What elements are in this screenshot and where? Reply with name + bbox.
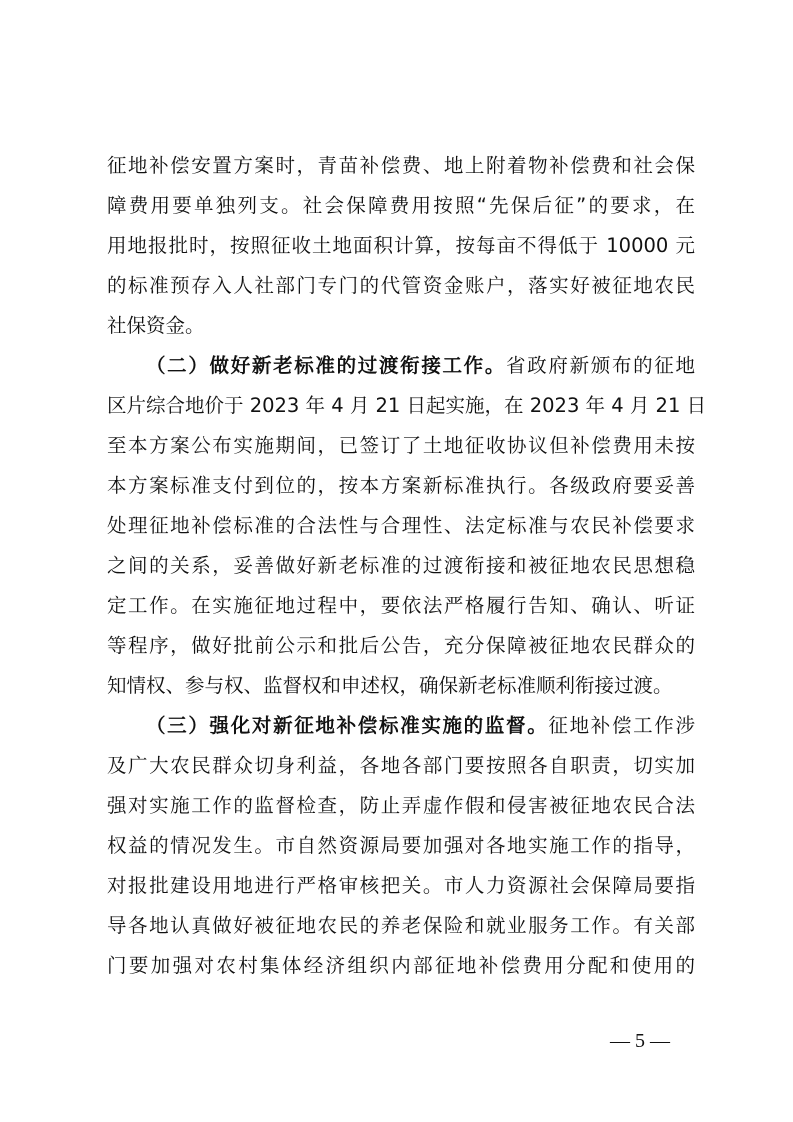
text-line: 导各地认真做好被征地农民的养老保险和就业服务工作。有关部 xyxy=(107,906,695,946)
text-line: 对报批建设用地进行严格审核把关。市人力资源社会保障局要指 xyxy=(107,866,695,906)
text-span: 省政府新颁布的征地 xyxy=(506,354,695,377)
text-line: 障费用要单独列支。社会保障费用按照“先保后征”的要求，在 xyxy=(107,186,695,226)
text-line: 定工作。在实施征地过程中，要依法严格履行告知、确认、听证 xyxy=(107,586,695,626)
text-line: 用地报批时，按照征收土地面积计算，按每亩不得低于 10000 元 xyxy=(107,226,695,266)
text-span: 征地补偿工作涉 xyxy=(548,714,695,737)
page-number: — 5 — xyxy=(610,1030,670,1053)
document-body: 征地补偿安置方案时，青苗补偿费、地上附着物补偿费和社会保 障费用要单独列支。社会… xyxy=(107,146,695,986)
text-line: 征地补偿安置方案时，青苗补偿费、地上附着物补偿费和社会保 xyxy=(107,146,695,186)
text-line: 权益的情况发生。市自然资源局要加强对各地实施工作的指导， xyxy=(107,826,695,866)
text-line: 至本方案公布实施期间，已签订了土地征收协议但补偿费用未按 xyxy=(107,426,695,466)
text-line: 之间的关系，妥善做好新老标准的过渡衔接和被征地农民思想稳 xyxy=(107,546,695,586)
text-line: 处理征地补偿标准的合法性与合理性、法定标准与农民补偿要求 xyxy=(107,506,695,546)
section-heading: （三）强化对新征地补偿标准实施的监督。 xyxy=(146,714,548,737)
text-line: 及广大农民群众切身利益，各地各部门要按照各自职责，切实加 xyxy=(107,746,695,786)
text-line: 知情权、参与权、监督权和申述权，确保新老标准顺利衔接过渡。 xyxy=(107,666,695,706)
text-line: 等程序，做好批前公示和批后公告，充分保障被征地农民群众的 xyxy=(107,626,695,666)
text-line: 社保资金。 xyxy=(107,306,695,346)
text-line: 本方案标准支付到位的，按本方案新标准执行。各级政府要妥善 xyxy=(107,466,695,506)
text-line: 强对实施工作的监督检查，防止弄虚作假和侵害被征地农民合法 xyxy=(107,786,695,826)
section-heading-line: （二）做好新老标准的过渡衔接工作。省政府新颁布的征地 xyxy=(107,346,695,386)
section-heading-line: （三）强化对新征地补偿标准实施的监督。征地补偿工作涉 xyxy=(107,706,695,746)
text-line: 区片综合地价于 2023 年 4 月 21 日起实施，在 2023 年 4 月 … xyxy=(107,386,695,426)
section-heading: （二）做好新老标准的过渡衔接工作。 xyxy=(146,354,506,377)
text-line: 门要加强对农村集体经济组织内部征地补偿费用分配和使用的 xyxy=(107,946,695,986)
text-line: 的标准预存入人社部门专门的代管资金账户，落实好被征地农民 xyxy=(107,266,695,306)
